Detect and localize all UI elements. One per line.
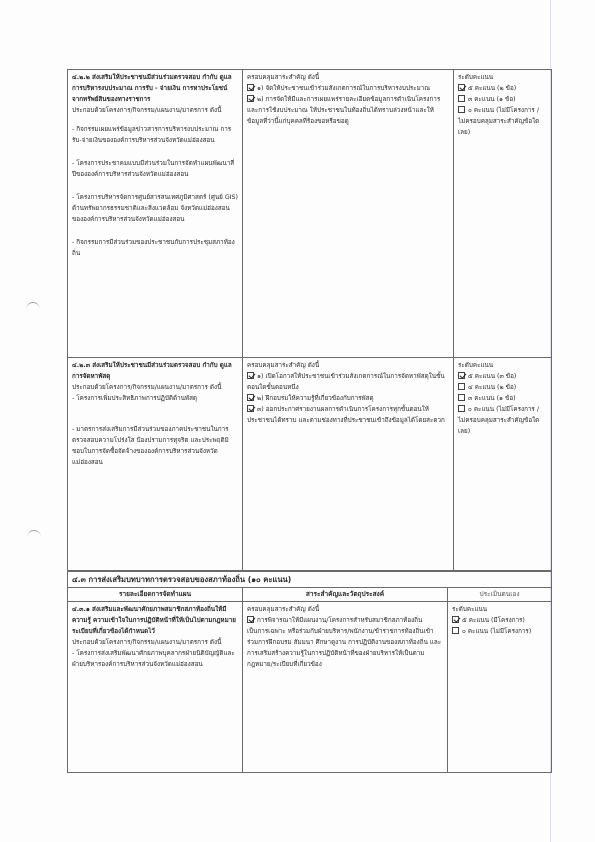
list-item: - โครงการเพิ่มประสิทธิภาพการปฏิบัติด้านพ…: [72, 393, 238, 404]
score-text: ๓ คะแนน (๑ ข้อ): [468, 96, 516, 103]
item-title: ๔.๒.๒ ส่งเสริมให้ประชาชนมีส่วนร่วมตรวจสอ…: [72, 72, 238, 105]
score-option: ๐ คะแนน (ไม่มีโครงการ / ไม่ครอบคลุมสาระส…: [458, 105, 547, 138]
essence-item: ๑) จัดให้ประชาชนเข้าร่วมสังเกตการณ์ในการ…: [247, 83, 449, 94]
essence-text: ๑) เปิดโอกาสให้ประชาชนเข้าร่วมสังเกตการณ…: [247, 373, 445, 391]
checkbox-checked-icon[interactable]: [452, 616, 459, 623]
punch-hole-mark: [27, 530, 41, 545]
list-item: - โครงการประชาคมแบบมีส่วนร่วมในการจัดทำแ…: [72, 158, 238, 180]
list-item: - กิจกรรมเผยแพร่ข้อมูลข่าวสารการบริหารงบ…: [72, 124, 238, 146]
list-item: - โครงการส่งเสริมพัฒนาศักยภาพบุคลากรฝ่าย…: [72, 648, 238, 670]
punch-hole-mark: [26, 302, 40, 317]
plan-detail-cell: ๔.๓.๑ ส่งเสริมและพัฒนาศักยภาพสมาชิกสภาท้…: [68, 602, 243, 773]
score-text: ๐ คะแนน (ไม่มีโครงการ / ไม่ครอบคลุมสาระส…: [458, 107, 539, 136]
checkbox-empty-icon[interactable]: [458, 383, 465, 390]
score-option: ๓ คะแนน (๑ ข้อ): [458, 94, 547, 105]
list-item: - กิจกรรมการมีส่วนร่วมของประชาชนกับการปร…: [72, 237, 238, 259]
column-header-row: รายละเอียดการจัดทำแผน สาระสำคัญและวัตถุป…: [68, 588, 552, 602]
score-text: ๔ คะแนน (๒ ข้อ): [468, 384, 516, 391]
essence-item: การพิจารณาให้มีแผนงาน/โครงการสำหรับสมาชิ…: [247, 615, 443, 670]
score-text: ๓ คะแนน (๑ ข้อ): [468, 395, 516, 402]
plan-detail-cell: ๔.๒.๒ ส่งเสริมให้ประชาชนมีส่วนร่วมตรวจสอ…: [68, 70, 243, 358]
essence-text: ๓) ออกประกาศรายงานผลการดำเนินการโครงการท…: [247, 406, 445, 424]
checkbox-empty-icon[interactable]: [458, 405, 465, 412]
assessment-table-4-3: ๔.๓ การส่งเสริมบทบาทการตรวจสอบของสภาท้อง…: [67, 571, 552, 773]
essence-cell: ครอบคลุมสาระสำคัญ ดังนี้ การพิจารณาให้มี…: [243, 602, 448, 773]
score-text: ๕ คะแนน (๒ ข้อ): [468, 85, 516, 92]
section-title: ๔.๓ การส่งเสริมบทบาทการตรวจสอบของสภาท้อง…: [68, 572, 552, 588]
checkbox-checked-icon[interactable]: [458, 372, 465, 379]
score-label: ระดับคะแนน: [452, 604, 547, 615]
checkbox-empty-icon[interactable]: [458, 394, 465, 401]
essence-text: ๒) ฝึกอบรมให้ความรู้ที่เกี่ยวข้องกับการพ…: [257, 395, 374, 402]
list-item: - โครงการบริหารจัดการศูนย์สารสนเทศภูมิศา…: [72, 192, 238, 225]
essence-text: ๑) จัดให้ประชาชนเข้าร่วมสังเกตการณ์ในการ…: [257, 85, 430, 92]
checkbox-checked-icon[interactable]: [247, 405, 254, 412]
item-intro: ประกอบด้วยโครงการ/กิจกรรม/แผนงาน/มาตรการ…: [72, 105, 238, 116]
item-title: ๔.๓.๑ ส่งเสริมและพัฒนาศักยภาพสมาชิกสภาท้…: [72, 604, 238, 637]
essence-item: ๒) ฝึกอบรมให้ความรู้ที่เกี่ยวข้องกับการพ…: [247, 393, 449, 404]
section-header-row: ๔.๓ การส่งเสริมบทบาทการตรวจสอบของสภาท้อง…: [68, 572, 552, 588]
column-header: สาระสำคัญและวัตถุประสงค์: [243, 588, 448, 602]
assessment-table-4-2: ๔.๒.๒ ส่งเสริมให้ประชาชนมีส่วนร่วมตรวจสอ…: [67, 69, 552, 571]
item-title: ๔.๒.๓ ส่งเสริมให้ประชาชนมีส่วนร่วมตรวจสอ…: [72, 360, 238, 382]
score-cell: ระดับคะแนน ๕ คะแนน (๒ ข้อ) ๓ คะแนน (๑ ข้…: [454, 70, 552, 358]
checkbox-empty-icon[interactable]: [458, 106, 465, 113]
essence-intro: ครอบคลุมสาระสำคัญ ดังนี้: [247, 604, 443, 615]
score-cell: ระดับคะแนน ๕ คะแนน (๓ ข้อ) ๔ คะแนน (๒ ข้…: [454, 358, 552, 571]
essence-intro: ครอบคลุมสาระสำคัญ ดังนี้: [247, 360, 449, 371]
score-option: ๐ คะแนน (ไม่มีโครงการ / ไม่ครอบคลุมสาระส…: [458, 404, 547, 437]
essence-item: ๒) การจัดให้มีและการเผยแพร่รายละเอียดข้อ…: [247, 94, 449, 127]
checkbox-empty-icon[interactable]: [458, 95, 465, 102]
checkbox-checked-icon[interactable]: [247, 394, 254, 401]
score-option: ๓ คะแนน (๑ ข้อ): [458, 393, 547, 404]
essence-cell: ครอบคลุมสาระสำคัญ ดังนี้ ๑) จัดให้ประชาช…: [243, 70, 454, 358]
essence-text: การพิจารณาให้มีแผนงาน/โครงการสำหรับสมาชิ…: [247, 617, 441, 668]
score-option: ๕ คะแนน (มีโครงการ): [452, 615, 547, 626]
score-text: ๕ คะแนน (๓ ข้อ): [468, 373, 516, 380]
essence-text: ๒) การจัดให้มีและการเผยแพร่รายละเอียดข้อ…: [247, 96, 440, 125]
score-option: ๔ คะแนน (๒ ข้อ): [458, 382, 547, 393]
score-text: ๐ คะแนน (ไม่มีโครงการ / ไม่ครอบคลุมสาระส…: [458, 406, 539, 435]
plan-detail-cell: ๔.๒.๓ ส่งเสริมให้ประชาชนมีส่วนร่วมตรวจสอ…: [68, 358, 243, 571]
checkbox-checked-icon[interactable]: [458, 84, 465, 91]
essence-cell: ครอบคลุมสาระสำคัญ ดังนี้ ๑) เปิดโอกาสให้…: [243, 358, 454, 571]
score-option: ๐ คะแนน (ไม่มีโครงการ): [452, 626, 547, 637]
checkbox-checked-icon[interactable]: [247, 616, 254, 623]
essence-item: ๓) ออกประกาศรายงานผลการดำเนินการโครงการท…: [247, 404, 449, 426]
essence-intro: ครอบคลุมสาระสำคัญ ดังนี้: [247, 72, 449, 83]
table-row: ๔.๒.๓ ส่งเสริมให้ประชาชนมีส่วนร่วมตรวจสอ…: [68, 358, 552, 571]
table-row: ๔.๒.๒ ส่งเสริมให้ประชาชนมีส่วนร่วมตรวจสอ…: [68, 70, 552, 358]
score-text: ๕ คะแนน (มีโครงการ): [462, 617, 525, 624]
item-intro: ประกอบด้วยโครงการ/กิจกรรม/แผนงาน/มาตรการ…: [72, 637, 238, 648]
item-intro: ประกอบด้วยโครงการ/กิจกรรม/แผนงาน/มาตรการ…: [72, 382, 238, 393]
score-option: ๕ คะแนน (๒ ข้อ): [458, 83, 547, 94]
checkbox-checked-icon[interactable]: [247, 95, 254, 102]
score-cell: ระดับคะแนน ๕ คะแนน (มีโครงการ) ๐ คะแนน (…: [448, 602, 552, 773]
table-row: ๔.๓.๑ ส่งเสริมและพัฒนาศักยภาพสมาชิกสภาท้…: [68, 602, 552, 773]
score-label: ระดับคะแนน: [458, 72, 547, 83]
checkbox-checked-icon[interactable]: [247, 84, 254, 91]
column-header: รายละเอียดการจัดทำแผน: [68, 588, 243, 602]
score-option: ๕ คะแนน (๓ ข้อ): [458, 371, 547, 382]
column-header: ประเมินตนเอง: [448, 588, 552, 602]
essence-item: ๑) เปิดโอกาสให้ประชาชนเข้าร่วมสังเกตการณ…: [247, 371, 449, 393]
document-page: ๔.๒.๒ ส่งเสริมให้ประชาชนมีส่วนร่วมตรวจสอ…: [0, 0, 595, 842]
list-item: - มาตรการส่งเสริมการมีส่วนร่วมของภาคประช…: [72, 424, 238, 468]
checkbox-empty-icon[interactable]: [452, 627, 459, 634]
score-label: ระดับคะแนน: [458, 360, 547, 371]
score-text: ๐ คะแนน (ไม่มีโครงการ): [462, 628, 531, 635]
checkbox-checked-icon[interactable]: [247, 372, 254, 379]
